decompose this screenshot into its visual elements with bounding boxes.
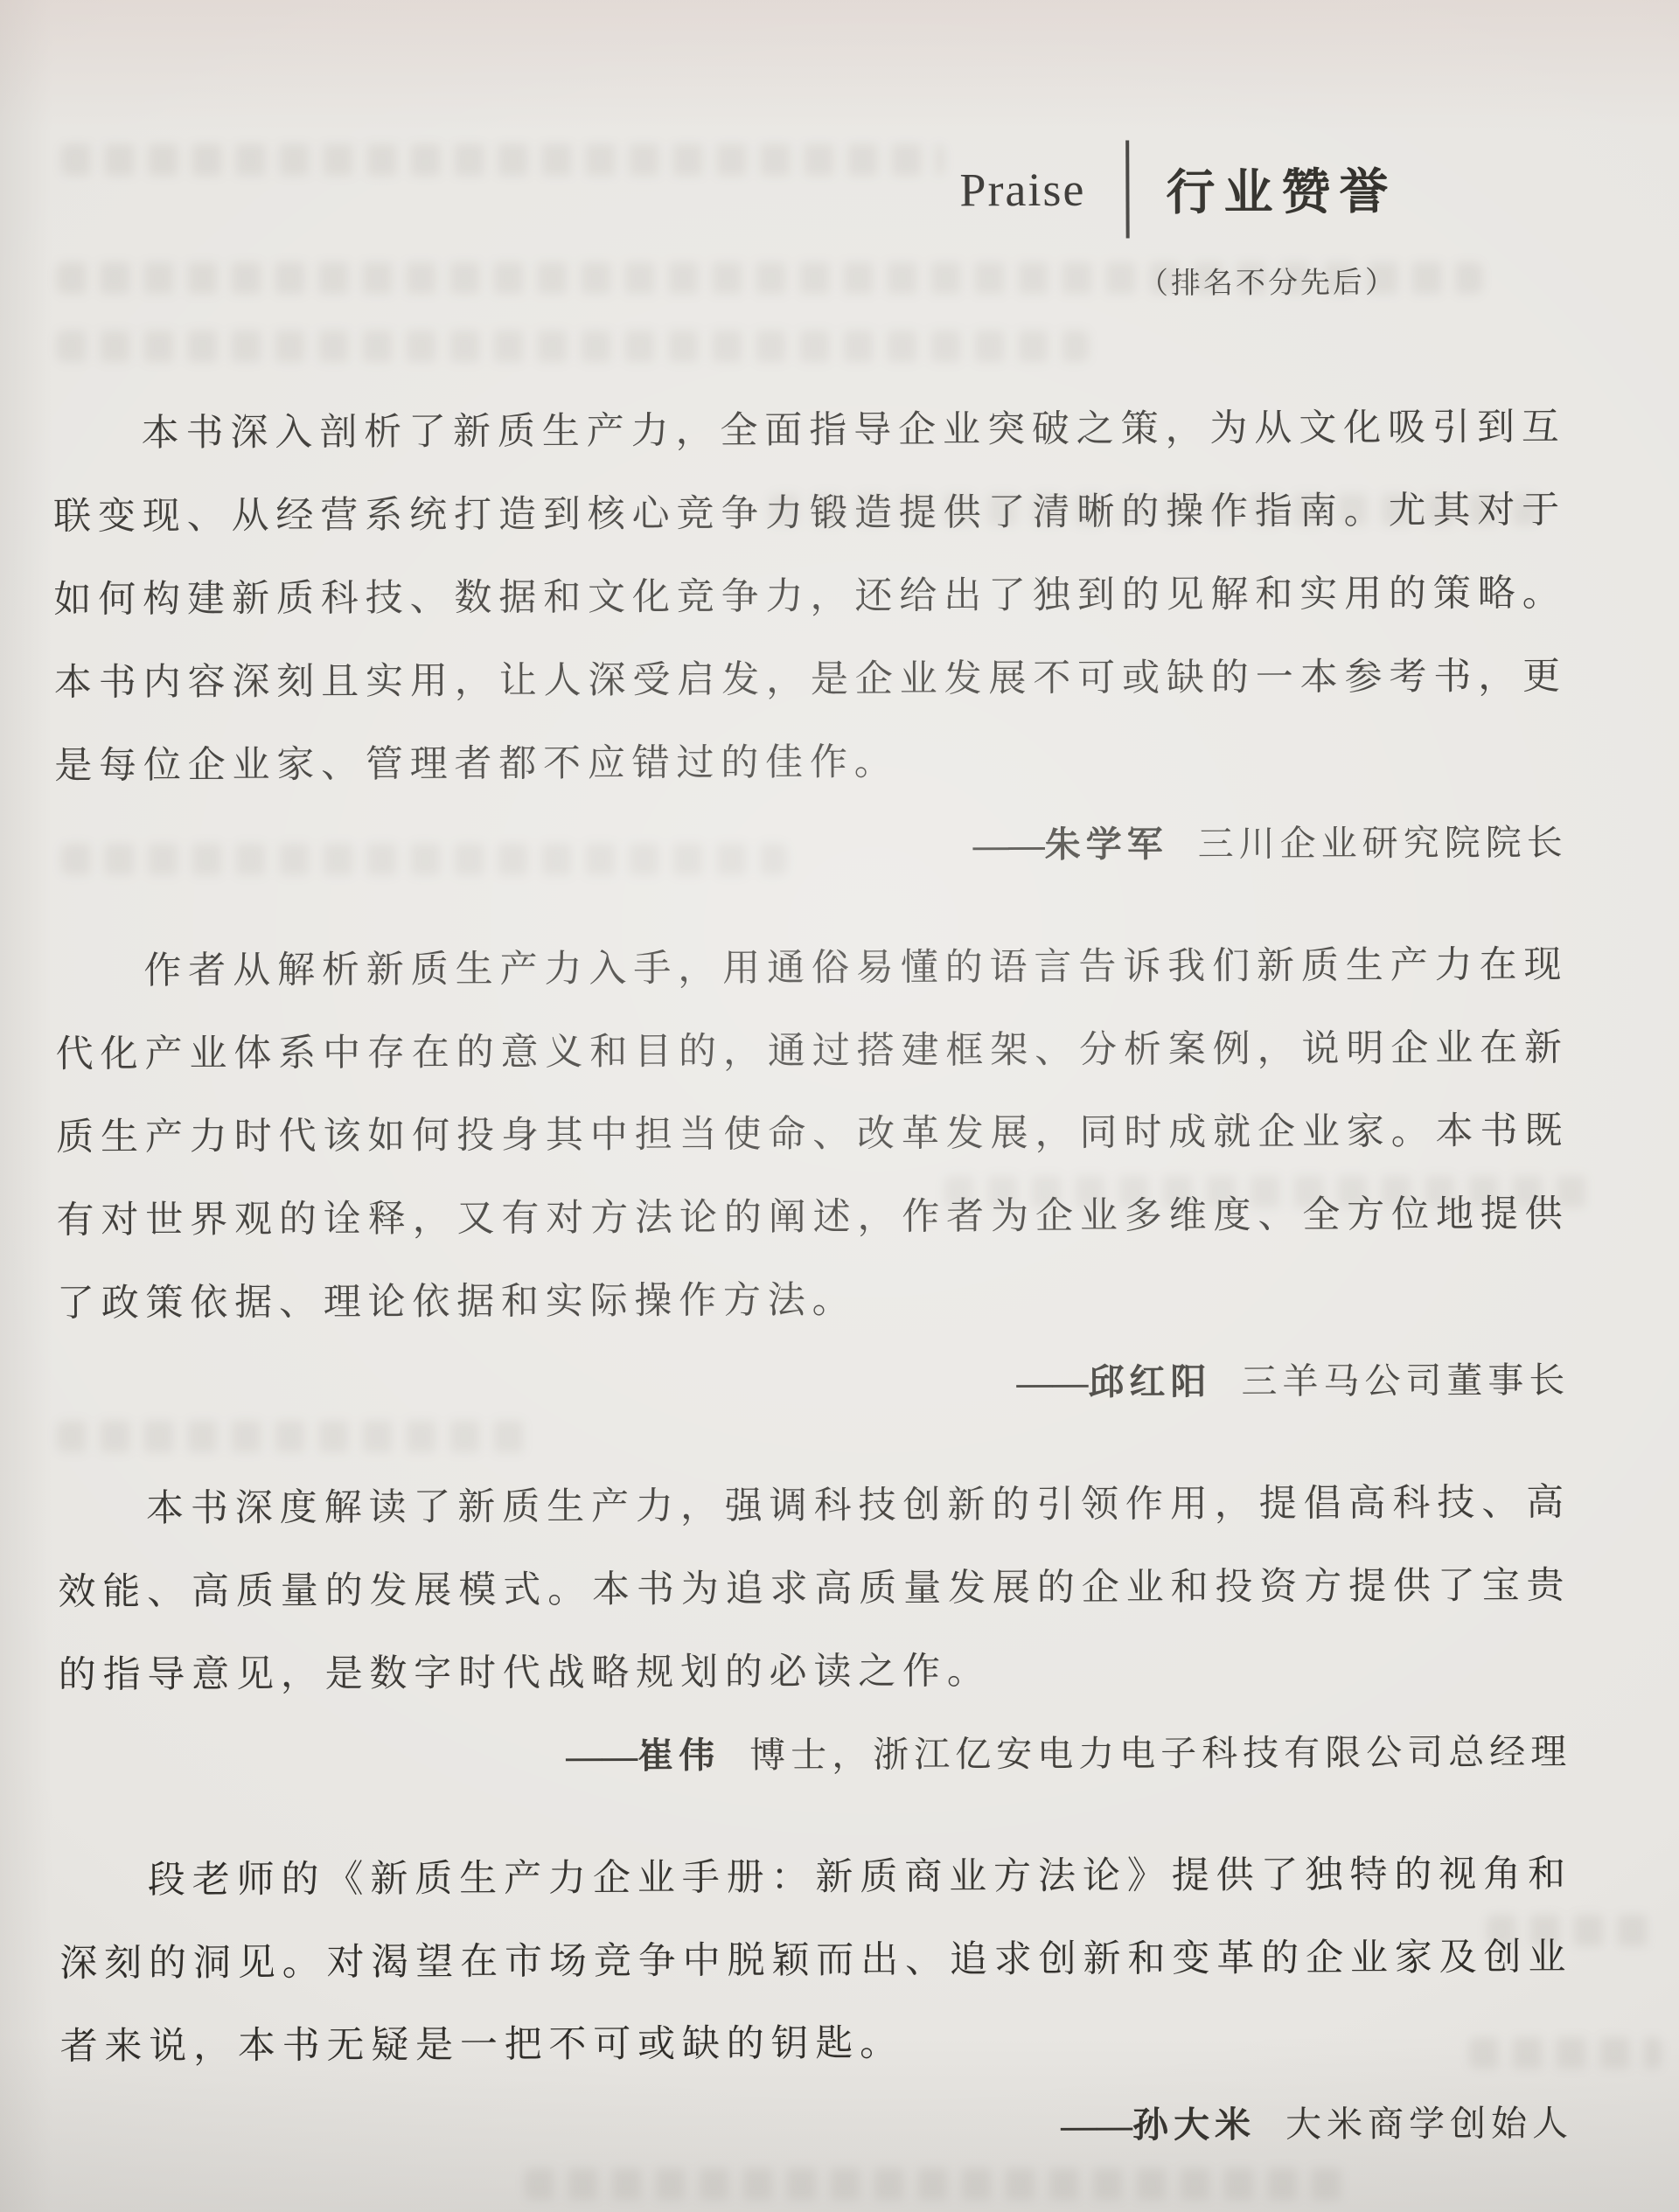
- testimonial-item: 本书深度解读了新质生产力，强调科技创新的引领作用，提倡高科技、高效能、高质量的发…: [58, 1461, 1572, 1800]
- endorser-name: 崔伟: [637, 1736, 720, 1776]
- endorser-title: 大米商学创始人: [1285, 2103, 1573, 2144]
- endorser-name: 邱红阳: [1088, 1361, 1211, 1402]
- testimonial-item: 本书深入剖析了新质生产力，全面指导企业突破之策，为从文化吸引到互联变现、从经营系…: [52, 386, 1567, 891]
- endorser-name: 孙大米: [1132, 2104, 1256, 2146]
- testimonial-attribution: ——孙大米大米商学创始人: [60, 2082, 1573, 2172]
- title-row: Praise 行业赞誉: [959, 139, 1397, 239]
- title-divider-bar: [1125, 141, 1129, 239]
- endorser-title: 三羊马公司董事长: [1241, 1360, 1570, 1402]
- testimonial-attribution: ——邱红阳三羊马公司董事长: [57, 1339, 1570, 1429]
- testimonial-quote: 本书深入剖析了新质生产力，全面指导企业突破之策，为从文化吸引到互联变现、从经营系…: [52, 386, 1567, 808]
- page-content: Praise 行业赞誉 （排名不分先后） 本书深入剖析了新质生产力，全面指导企业…: [0, 0, 1679, 2212]
- page-title-chinese: 行业赞誉: [1166, 153, 1397, 224]
- page-title-english: Praise: [959, 163, 1085, 218]
- book-page-photo: Praise 行业赞誉 （排名不分先后） 本书深入剖析了新质生产力，全面指导企业…: [0, 0, 1679, 2212]
- testimonial-item: 段老师的《新质生产力企业手册：新质商业方法论》提供了独特的视角和深刻的洞见。对渴…: [59, 1833, 1574, 2172]
- testimonial-quote: 段老师的《新质生产力企业手册：新质商业方法论》提供了独特的视角和深刻的洞见。对渴…: [59, 1833, 1573, 2089]
- testimonial-attribution: ——崔伟博士，浙江亿安电力电子科技有限公司总经理: [59, 1710, 1571, 1800]
- attribution-dash: ——: [1061, 2105, 1132, 2146]
- endorser-title: 三川企业研究院院长: [1198, 822, 1568, 864]
- testimonial-list: 本书深入剖析了新质生产力，全面指导企业突破之策，为从文化吸引到互联变现、从经营系…: [52, 386, 1573, 2211]
- endorser-title: 博士，浙江亿安电力电子科技有限公司总经理: [749, 1731, 1571, 1775]
- attribution-dash: ——: [1016, 1362, 1088, 1402]
- testimonial-quote: 本书深度解读了新质生产力，强调科技创新的引领作用，提倡高科技、高效能、高质量的发…: [58, 1461, 1571, 1717]
- attribution-dash: ——: [566, 1736, 637, 1776]
- testimonial-item: 作者从解析新质生产力入手，用通俗易懂的语言告诉我们新质生产力在现代化产业体系中存…: [55, 923, 1570, 1429]
- endorser-name: 朱学军: [1045, 824, 1168, 865]
- ranking-disclaimer: （排名不分先后）: [960, 258, 1397, 303]
- attribution-dash: ——: [973, 824, 1045, 865]
- page-header: Praise 行业赞誉 （排名不分先后）: [959, 139, 1397, 303]
- testimonial-quote: 作者从解析新质生产力入手，用通俗易懂的语言告诉我们新质生产力在现代化产业体系中存…: [55, 923, 1570, 1346]
- testimonial-attribution: ——朱学军三川企业研究院院长: [55, 801, 1568, 891]
